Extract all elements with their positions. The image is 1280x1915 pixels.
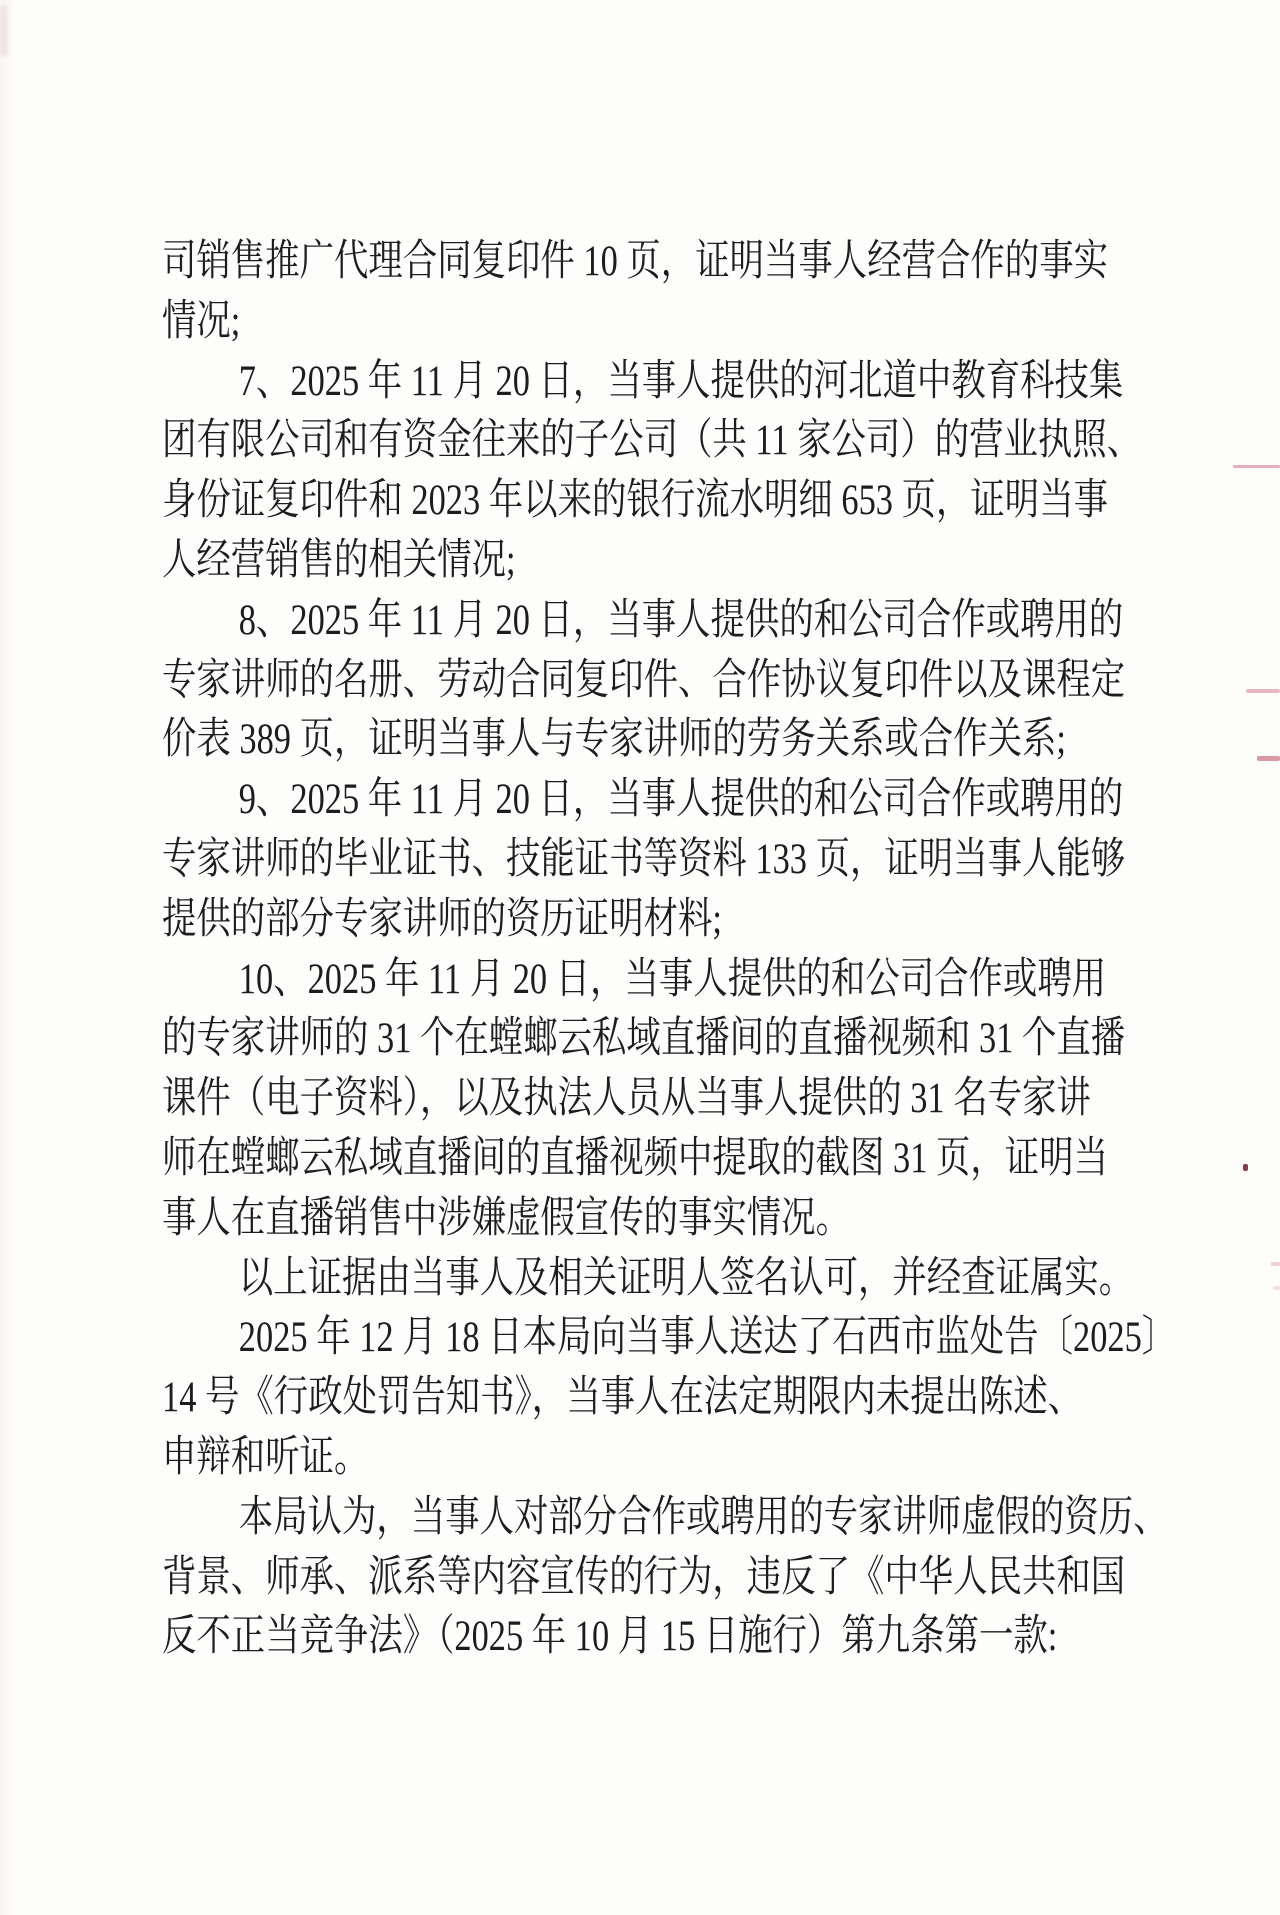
scan-edge-shading <box>0 0 16 1915</box>
text-line: 团有限公司和有资金往来的子公司（共 11 家公司）的营业执照、 <box>162 411 1122 471</box>
text-line: 身份证复印件和 2023 年以来的银行流水明细 653 页，证明当事 <box>162 471 1122 531</box>
scan-pink-dash-mark <box>1257 756 1280 761</box>
text-line: 司销售推广代理合同复印件 10 页，证明当事人经营合作的事实 <box>162 232 1122 292</box>
scan-corner-smudge <box>0 6 8 56</box>
scan-pink-dash-mark <box>1246 689 1280 693</box>
text-line: 提供的部分专家讲师的资历证明材料; <box>162 890 1122 950</box>
text-line: 7、2025 年 11 月 20 日，当事人提供的河北道中教育科技集 <box>162 352 1122 412</box>
text-line: 8、2025 年 11 月 20 日，当事人提供的和公司合作或聘用的 <box>162 591 1122 651</box>
text-line: 申辩和听证。 <box>162 1428 1122 1488</box>
text-line: 专家讲师的毕业证书、技能证书等资料 133 页，证明当事人能够 <box>162 830 1122 890</box>
scan-red-dot-mark <box>1243 1164 1248 1171</box>
scan-pink-dash-mark <box>1233 465 1280 468</box>
scan-pink-dot-mark <box>1273 1286 1280 1290</box>
text-line: 情况; <box>162 292 1122 352</box>
text-line: 师在螳螂云私域直播间的直播视频中提取的截图 31 页，证明当 <box>162 1129 1122 1189</box>
text-line: 课件（电子资料），以及执法人员从当事人提供的 31 名专家讲 <box>162 1069 1122 1129</box>
text-line: 2025 年 12 月 18 日本局向当事人送达了石西市监处告〔2025〕 <box>162 1308 1122 1368</box>
text-line: 反不正当竞争法》（2025 年 10 月 15 日施行）第九条第一款: <box>162 1607 1122 1667</box>
text-line: 价表 389 页，证明当事人与专家讲师的劳务关系或合作关系; <box>162 710 1122 770</box>
scan-pink-dot-mark <box>1271 1262 1280 1266</box>
document-text-block: 司销售推广代理合同复印件 10 页，证明当事人经营合作的事实 情况; 7、202… <box>162 232 1122 1667</box>
text-line: 人经营销售的相关情况; <box>162 531 1122 591</box>
text-line: 背景、师承、派系等内容宣传的行为，违反了《中华人民共和国 <box>162 1548 1122 1608</box>
text-line: 专家讲师的名册、劳动合同复印件、合作协议复印件以及课程定 <box>162 651 1122 711</box>
text-line: 本局认为，当事人对部分合作或聘用的专家讲师虚假的资历、 <box>162 1488 1122 1548</box>
text-line: 10、2025 年 11 月 20 日，当事人提供的和公司合作或聘用 <box>162 950 1122 1010</box>
text-line: 的专家讲师的 31 个在螳螂云私域直播间的直播视频和 31 个直播 <box>162 1009 1122 1069</box>
text-line: 14 号《行政处罚告知书》，当事人在法定期限内未提出陈述、 <box>162 1368 1122 1428</box>
scanned-document-page: 司销售推广代理合同复印件 10 页，证明当事人经营合作的事实 情况; 7、202… <box>0 0 1280 1915</box>
text-line: 事人在直播销售中涉嫌虚假宣传的事实情况。 <box>162 1189 1122 1249</box>
text-line: 以上证据由当事人及相关证明人签名认可，并经查证属实。 <box>162 1249 1122 1309</box>
text-line: 9、2025 年 11 月 20 日，当事人提供的和公司合作或聘用的 <box>162 770 1122 830</box>
